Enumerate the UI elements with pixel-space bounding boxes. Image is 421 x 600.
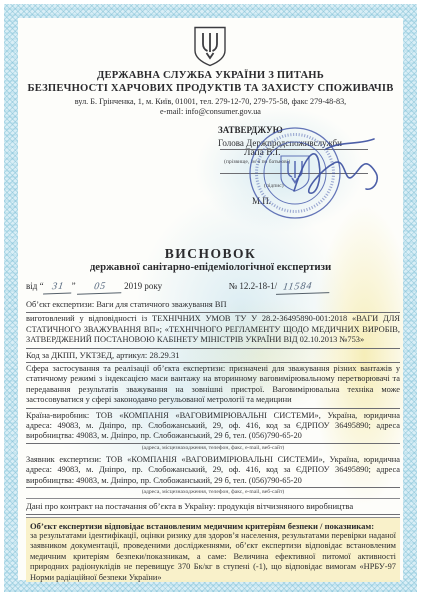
agency-name-line2: БЕЗПЕЧНОСТІ ХАРЧОВИХ ПРОДУКТІВ ТА ЗАХИСТ… <box>18 83 403 94</box>
handwritten-signature-icon <box>286 133 386 203</box>
date-number-row: від “31” 05 2019 року № 12.2-18-1/11584 <box>26 281 396 294</box>
contract-value: продукція вітчизняного виробництва <box>218 501 354 511</box>
agency-address: вул. Б. Грінченка, 1, м. Київ, 01001, те… <box>18 97 403 106</box>
date-day-handwritten: 31 <box>43 281 73 295</box>
producer-section: Країна-виробник: ТОВ «КОМПАНІЯ «ВАГОВИМІ… <box>26 409 400 453</box>
sections-area: Об’єкт експертизи: Ваги для статичного з… <box>26 299 400 582</box>
producer-label: Країна-виробник: <box>26 411 89 420</box>
trident-emblem-icon <box>192 26 228 68</box>
contract-label: Дані про контракт на постачання об’єкта … <box>26 501 215 511</box>
applicant-section: Заявник експертизи: ТОВ «КОМПАНІЯ «ВАГОВ… <box>26 453 400 497</box>
conclusion-text: за результатами ідентифікації, оцінки ри… <box>30 531 396 582</box>
applicant-caption: (адреса, місцезнаходження, телефон, факс… <box>26 488 400 495</box>
certificate-sheet: ДЕРЖАВНА СЛУЖБА УКРАЇНИ З ПИТАНЬ БЕЗПЕЧН… <box>0 0 421 600</box>
scope-label: Сфера застосування та реалізації об’єкта… <box>26 364 225 373</box>
object-details: виготовлений у відповідності із ТЕХНІЧНИ… <box>26 313 400 348</box>
producer-caption: (адреса, місцезнаходження, телефон, факс… <box>26 444 400 451</box>
agency-name-line1: ДЕРЖАВНА СЛУЖБА УКРАЇНИ З ПИТАНЬ <box>18 70 403 81</box>
number-value-handwritten: 11584 <box>276 280 331 295</box>
applicant-label: Заявник експертизи: <box>26 455 101 464</box>
document-page: { "document": { "header": { "emblem_icon… <box>0 0 421 600</box>
scope-paragraph: Сфера застосування та реалізації об’єкта… <box>26 363 400 409</box>
producer-paragraph: Країна-виробник: ТОВ «КОМПАНІЯ «ВАГОВИМІ… <box>26 410 400 444</box>
agency-email: e-mail: info@consumer.gov.ua <box>18 107 403 116</box>
object-label: Об’єкт експертизи: <box>26 300 94 309</box>
date-suffix: 2019 року <box>124 281 162 291</box>
number-label: № 12.2-18-1/ <box>229 281 278 291</box>
document-subtitle: державної санітарно-епідеміологічної екс… <box>18 261 403 273</box>
object-line: Об’єкт експертизи: Ваги для статичного з… <box>26 299 400 313</box>
object-value: Ваги для статичного зважування ВП <box>96 300 226 309</box>
conclusion-label: Об’єкт експертизи відповідає встановлени… <box>30 521 396 531</box>
date-prefix: від “ <box>26 281 44 291</box>
document-title: ВИСНОВОК <box>18 246 403 262</box>
code-line: Код за ДКПП, УКТЗЕД, артикул: 28.29.31 <box>26 349 400 363</box>
conclusion-box: Об’єкт експертизи відповідає встановлени… <box>26 517 400 583</box>
contract-line: Дані про контракт на постачання об’єкта … <box>26 498 400 514</box>
code-label: Код за ДКПП, УКТЗЕД, артикул: <box>26 350 147 360</box>
code-value: 28.29.31 <box>149 350 179 360</box>
applicant-paragraph: Заявник експертизи: ТОВ «КОМПАНІЯ «ВАГОВ… <box>26 454 400 488</box>
date-month-handwritten: 05 <box>77 280 123 295</box>
